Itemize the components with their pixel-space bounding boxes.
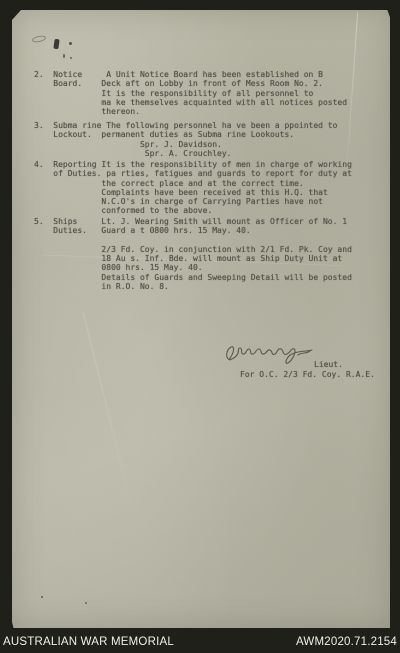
- handwritten-signature: [220, 338, 316, 368]
- accession-number: AWM2020.71.2154: [296, 636, 397, 648]
- archive-footer-bar: AUSTRALIAN WAR MEMORIAL AWM2020.71.2154: [0, 630, 400, 653]
- signoff-for-line: For O.C. 2/3 Fd. Coy. R.A.E.: [240, 370, 375, 379]
- order-section-reporting-of-duties: 4. Reporting It is the responsibility of…: [34, 160, 352, 216]
- ink-speck: [63, 54, 65, 58]
- ink-speck: [85, 602, 87, 604]
- ink-speck: [69, 42, 72, 45]
- ink-speck: [41, 596, 43, 598]
- institution-label: AUSTRALIAN WAR MEMORIAL: [3, 636, 174, 648]
- paper-crease: [83, 313, 132, 507]
- signoff-rank: Lieut.: [314, 360, 343, 369]
- ink-speck: [70, 57, 72, 59]
- order-section-ships-duties: 5. Ships Lt. J. Wearing Smith will mount…: [34, 217, 352, 291]
- archive-scan-background: 2. Notice A Unit Notice Board has been e…: [0, 0, 400, 653]
- order-section-notice-board: 2. Notice A Unit Notice Board has been e…: [34, 70, 347, 116]
- paper-crease: [347, 12, 358, 162]
- order-section-submarine-lookout: 3. Subma rine The following personnel ha…: [34, 121, 337, 158]
